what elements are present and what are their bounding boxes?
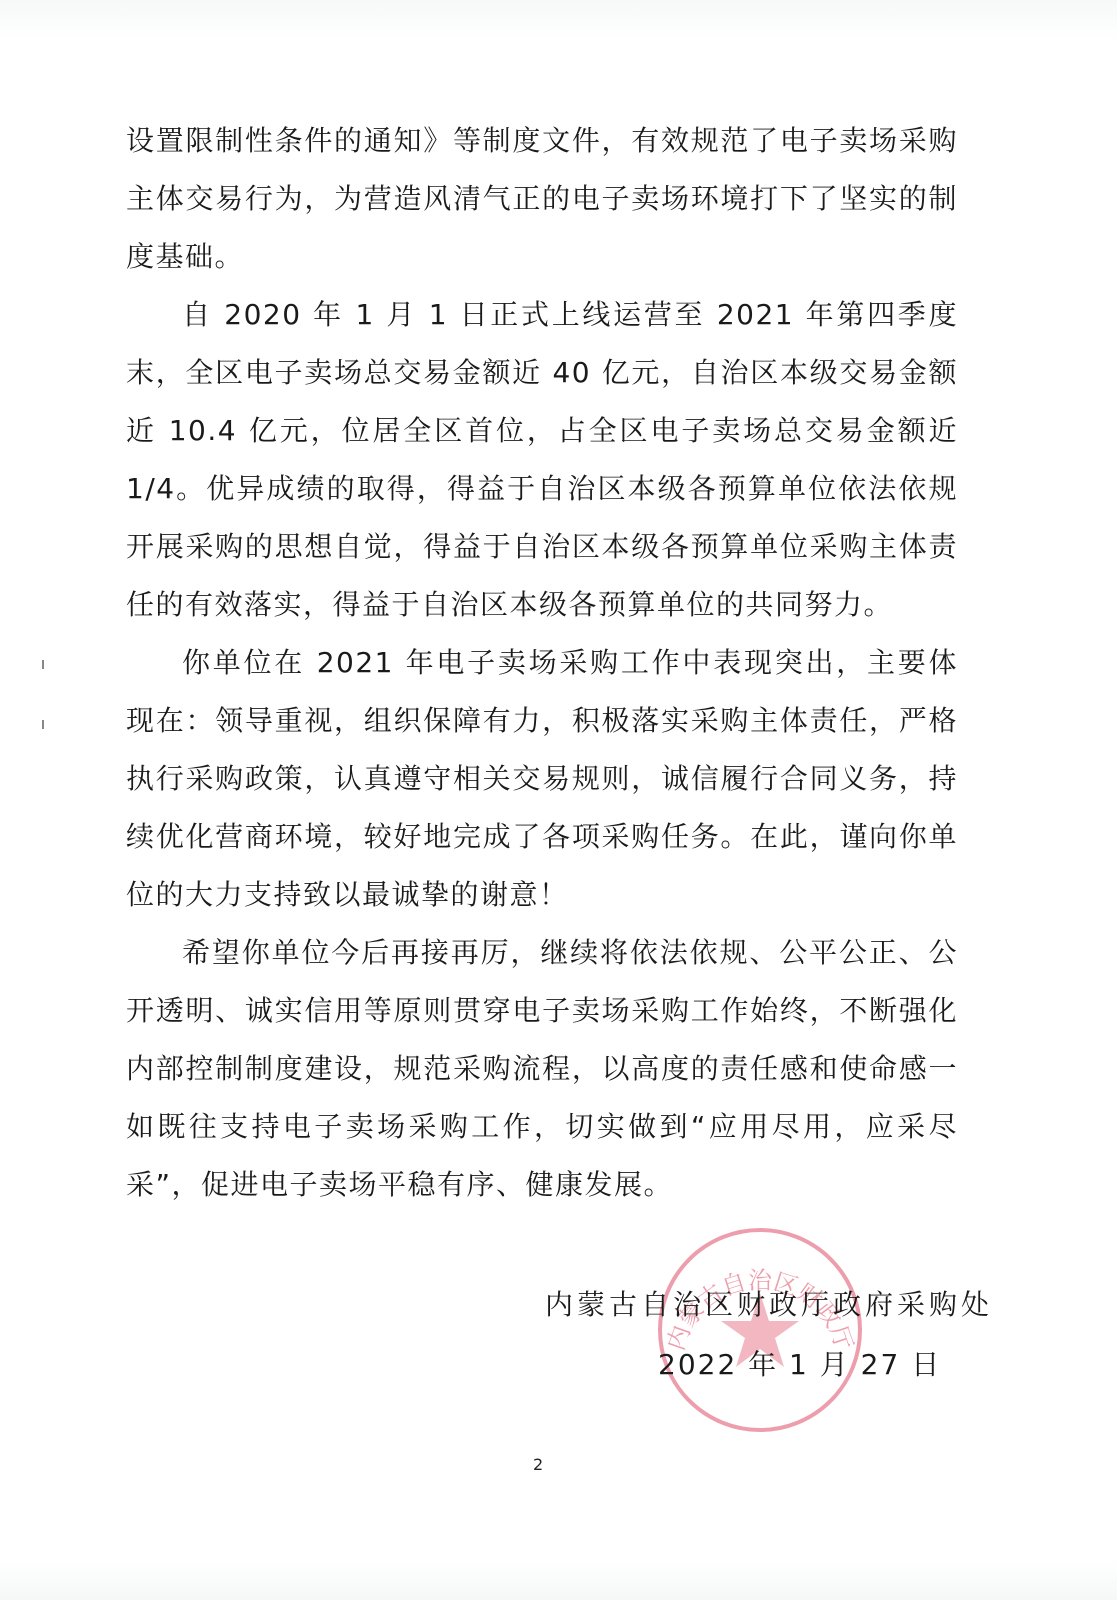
scan-mark [42,720,44,729]
signature-organization: 内蒙古自治区财政厅政府采购处 [545,1283,993,1323]
document-page: 设置限制性条件的通知》等制度文件，有效规范了电子卖场采购主体交易行为，为营造风清… [0,0,1117,1600]
paragraph-3: 你单位在 2021 年电子卖场采购工作中表现突出，主要体现在：领导重视，组织保障… [126,634,958,924]
page-number: 2 [533,1455,543,1474]
paragraph-2: 自 2020 年 1 月 1 日正式上线运营至 2021 年第四季度末，全区电子… [126,286,958,634]
document-body: 设置限制性条件的通知》等制度文件，有效规范了电子卖场采购主体交易行为，为营造风清… [126,112,958,1214]
official-seal-icon: 内蒙古自治区财政厅 [655,1225,865,1435]
paragraph-1: 设置限制性条件的通知》等制度文件，有效规范了电子卖场采购主体交易行为，为营造风清… [126,112,958,286]
paragraph-4: 希望你单位今后再接再厉，继续将依法依规、公平公正、公开透明、诚实信用等原则贯穿电… [126,924,958,1214]
signature-date: 2022 年 1 月 27 日 [658,1343,941,1383]
scan-mark [42,660,44,669]
